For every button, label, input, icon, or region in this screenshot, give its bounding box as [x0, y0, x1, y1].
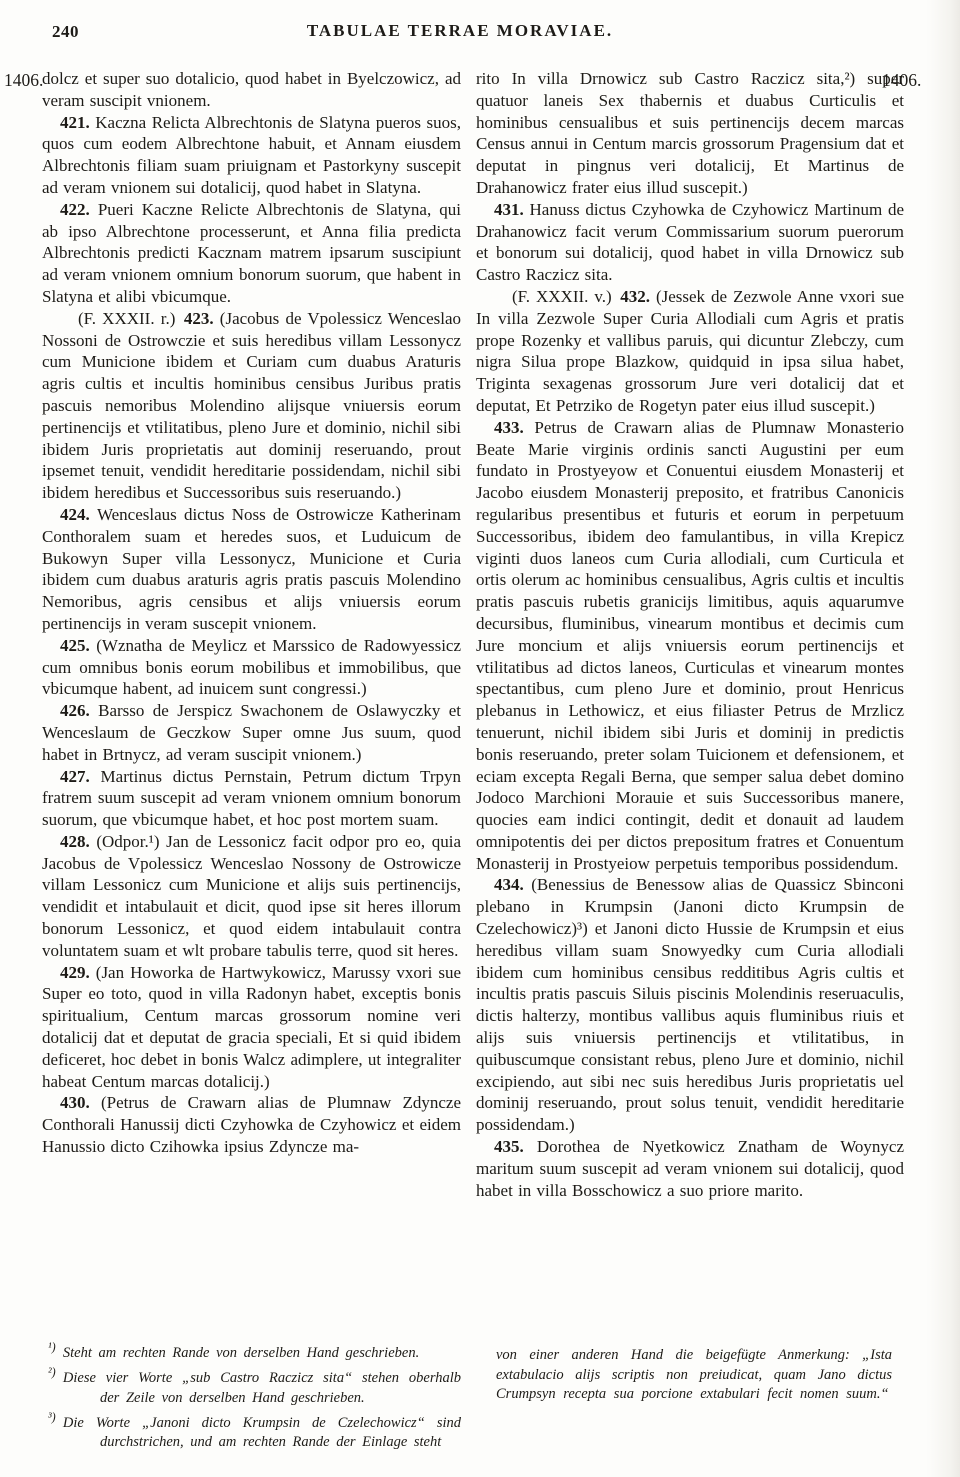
- footnote: ¹) Steht am rechten Rande von derselben …: [42, 1338, 461, 1363]
- entry-paragraph: 434. (Benessius de Benessow alias de Qua…: [476, 874, 904, 1136]
- entry-paragraph: 424. Wenceslaus dictus Noss de Ostrowicz…: [42, 504, 461, 635]
- entry-number: 422.: [60, 200, 98, 219]
- entry-paragraph: (F. XXXII. v.) 432. (Jessek de Zezwole A…: [476, 286, 904, 417]
- entry-number: 424.: [60, 505, 97, 524]
- entry-number: 432.: [620, 287, 656, 306]
- entry-paragraph: 435. Dorothea de Nyetkowicz Znatham de W…: [476, 1136, 904, 1201]
- entry-paragraph: 431. Hanuss dictus Czyhowka de Czyhowicz…: [476, 199, 904, 286]
- entry-paragraph: 430. (Petrus de Crawarn alias de Plumnaw…: [42, 1092, 461, 1157]
- entry-number: 426.: [60, 701, 98, 720]
- margin-year-left: 1406.: [4, 70, 43, 91]
- footnotes-left: ¹) Steht am rechten Rande von derselben …: [42, 1338, 461, 1453]
- entry-paragraph: 429. (Jan Howorka de Hartwykowicz, Marus…: [42, 962, 461, 1093]
- entry-number: 430.: [60, 1093, 101, 1112]
- entry-number: 425.: [60, 636, 96, 655]
- entry-paragraph: rito In villa Drnowicz sub Castro Raczic…: [476, 68, 904, 199]
- entry-paragraph: dolcz et super suo dotalicio, quod habet…: [42, 68, 461, 112]
- entry-paragraph: 426. Barsso de Jerspicz Swachonem de Osl…: [42, 700, 461, 765]
- entry-paragraph: 425. (Wznatha de Meylicz et Marssico de …: [42, 635, 461, 700]
- entry-number: 434.: [494, 875, 531, 894]
- footnote: ³) Die Worte „Janoni dicto Krumpsin de C…: [42, 1408, 461, 1453]
- footnote-continuation: von einer anderen Hand die beigefügte An…: [496, 1346, 892, 1405]
- folio-reference: (F. XXXII. v.): [512, 287, 620, 306]
- entry-number: 427.: [60, 767, 101, 786]
- entry-paragraph: (F. XXXII. r.) 423. (Jacobus de Vpolessi…: [42, 308, 461, 504]
- text-columns: dolcz et super suo dotalicio, quod habet…: [42, 68, 904, 1201]
- entry-number: 431.: [494, 200, 530, 219]
- entry-number: 429.: [60, 963, 96, 982]
- entry-paragraph: 428. (Odpor.¹) Jan de Lessonicz facit od…: [42, 831, 461, 962]
- footnote: ²) Diese vier Worte „sub Castro Raczicz …: [42, 1363, 461, 1408]
- entry-paragraph: 422. Pueri Kaczne Relicte Albrechtonis d…: [42, 199, 461, 308]
- entry-number: 435.: [494, 1137, 537, 1156]
- book-page: 240 TABULAE TERRAE MORAVIAE. 1406. 1406.…: [0, 0, 960, 1477]
- footnotes: ¹) Steht am rechten Rande von derselben …: [42, 1338, 904, 1453]
- entry-number: 428.: [60, 832, 96, 851]
- left-column: dolcz et super suo dotalicio, quod habet…: [42, 68, 461, 1201]
- entry-number: 423.: [184, 309, 220, 328]
- entry-paragraph: 433. Petrus de Crawarn alias de Plumnaw …: [476, 417, 904, 875]
- footnotes-right: von einer anderen Hand die beigefügte An…: [476, 1338, 904, 1453]
- entry-number: 433.: [494, 418, 534, 437]
- entry-paragraph: 427. Martinus dictus Pernstain, Petrum d…: [42, 766, 461, 831]
- footnote-marker: ¹): [48, 1340, 56, 1354]
- folio-reference: (F. XXXII. r.): [78, 309, 184, 328]
- entry-number: 421.: [60, 113, 95, 132]
- footnote-marker: ²): [48, 1365, 56, 1379]
- right-column: rito In villa Drnowicz sub Castro Raczic…: [476, 68, 904, 1201]
- footnote-marker: ³): [48, 1410, 56, 1424]
- entry-paragraph: 421. Kaczna Relicta Albrechtonis de Slat…: [42, 112, 461, 199]
- page-title: TABULAE TERRAE MORAVIAE.: [0, 21, 920, 41]
